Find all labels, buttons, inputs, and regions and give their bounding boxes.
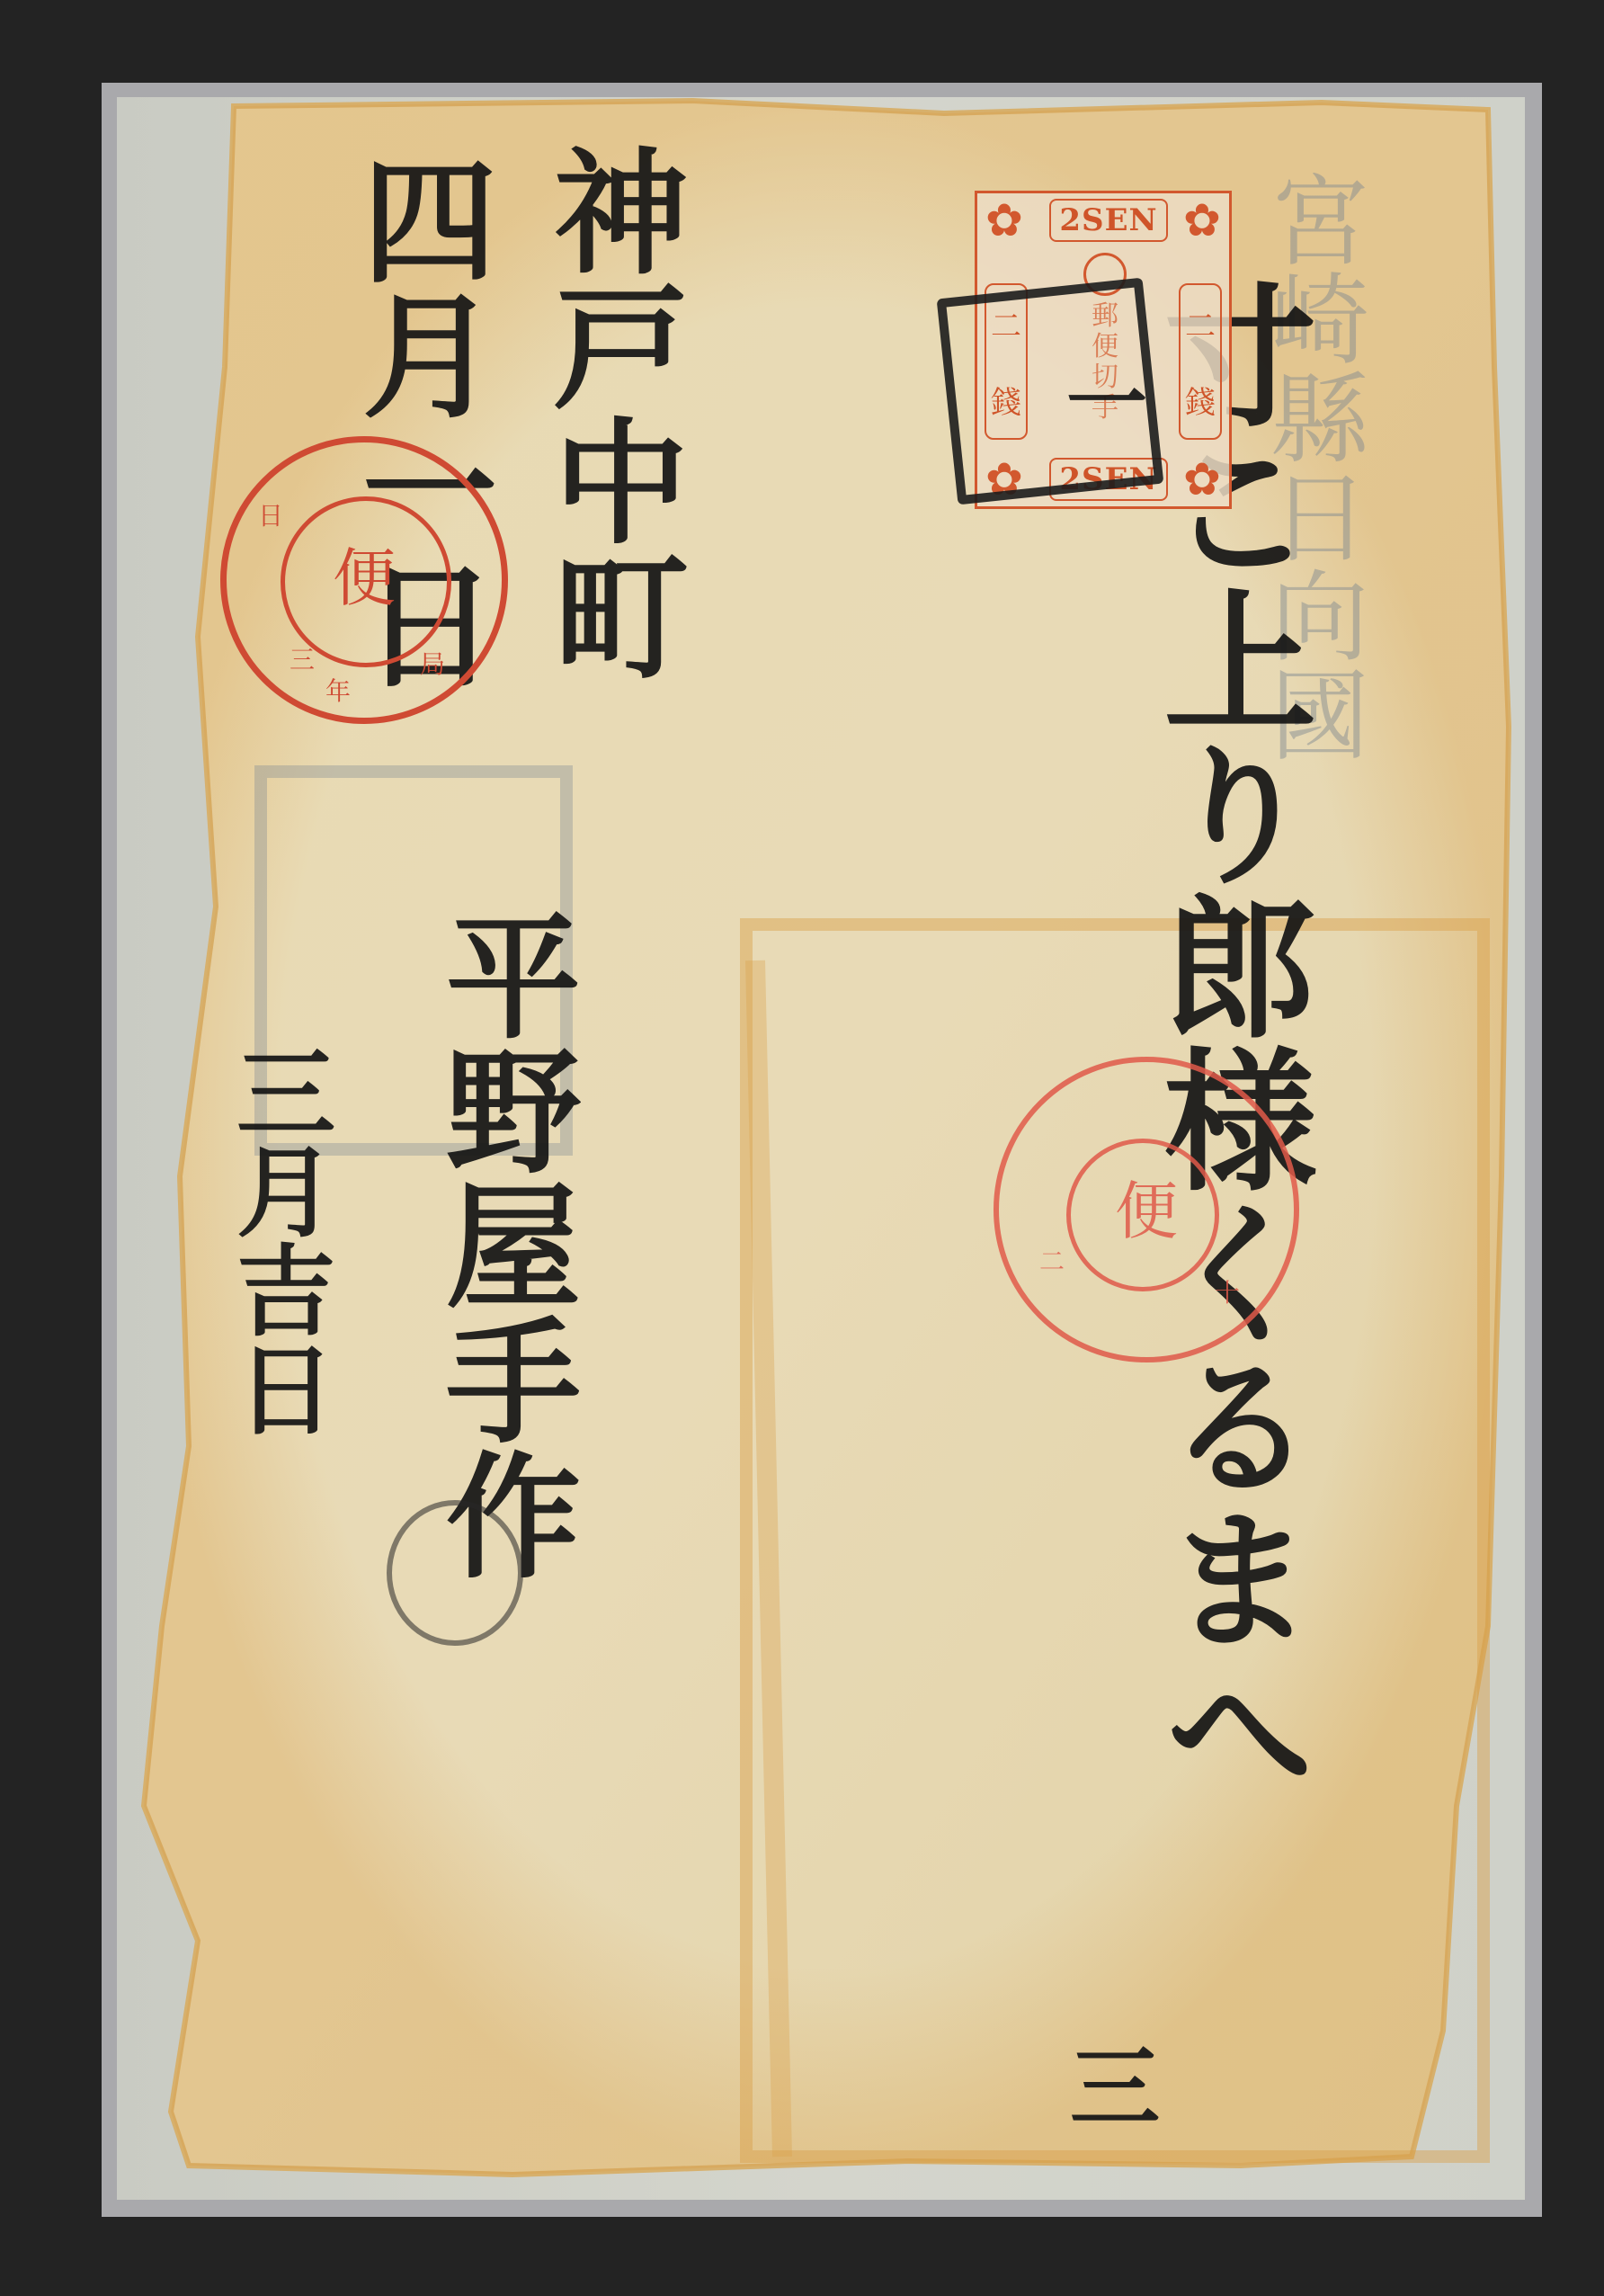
bottom-mark: 三 bbox=[1043, 2040, 1172, 2130]
stamp-side-right: 二 錢 bbox=[1179, 283, 1222, 440]
address-column-3: 神戸中町 bbox=[512, 142, 707, 682]
postage-stamp-2-sen: ✿ ✿ ✿ ✿ 2SEN 2SEN 二 錢 二 錢 郵 便 切 手 一 bbox=[960, 180, 1246, 520]
cancel-mark: 一 bbox=[1041, 360, 1158, 441]
cherry-blossom-icon: ✿ bbox=[1177, 195, 1227, 246]
postal-cover: 宮崎縣日向國 三月吉日 四月一日 神戸中町 平野屋手作 寸こ上り郎様くるまへ 三 bbox=[135, 97, 1519, 2200]
ink-round-mark bbox=[387, 1500, 523, 1646]
red-seal-postmark-left: 便 日 三 年 局 bbox=[220, 436, 508, 724]
stamp-denomination-top: 2SEN bbox=[1049, 199, 1168, 242]
cherry-blossom-icon: ✿ bbox=[1177, 454, 1227, 505]
address-column-4: 平野屋手作 bbox=[405, 907, 599, 1581]
red-seal-postmark-right: 便 二 十 bbox=[994, 1057, 1299, 1362]
cherry-blossom-icon: ✿ bbox=[979, 195, 1029, 246]
address-column-1: 三月吉日 bbox=[207, 1041, 349, 1437]
